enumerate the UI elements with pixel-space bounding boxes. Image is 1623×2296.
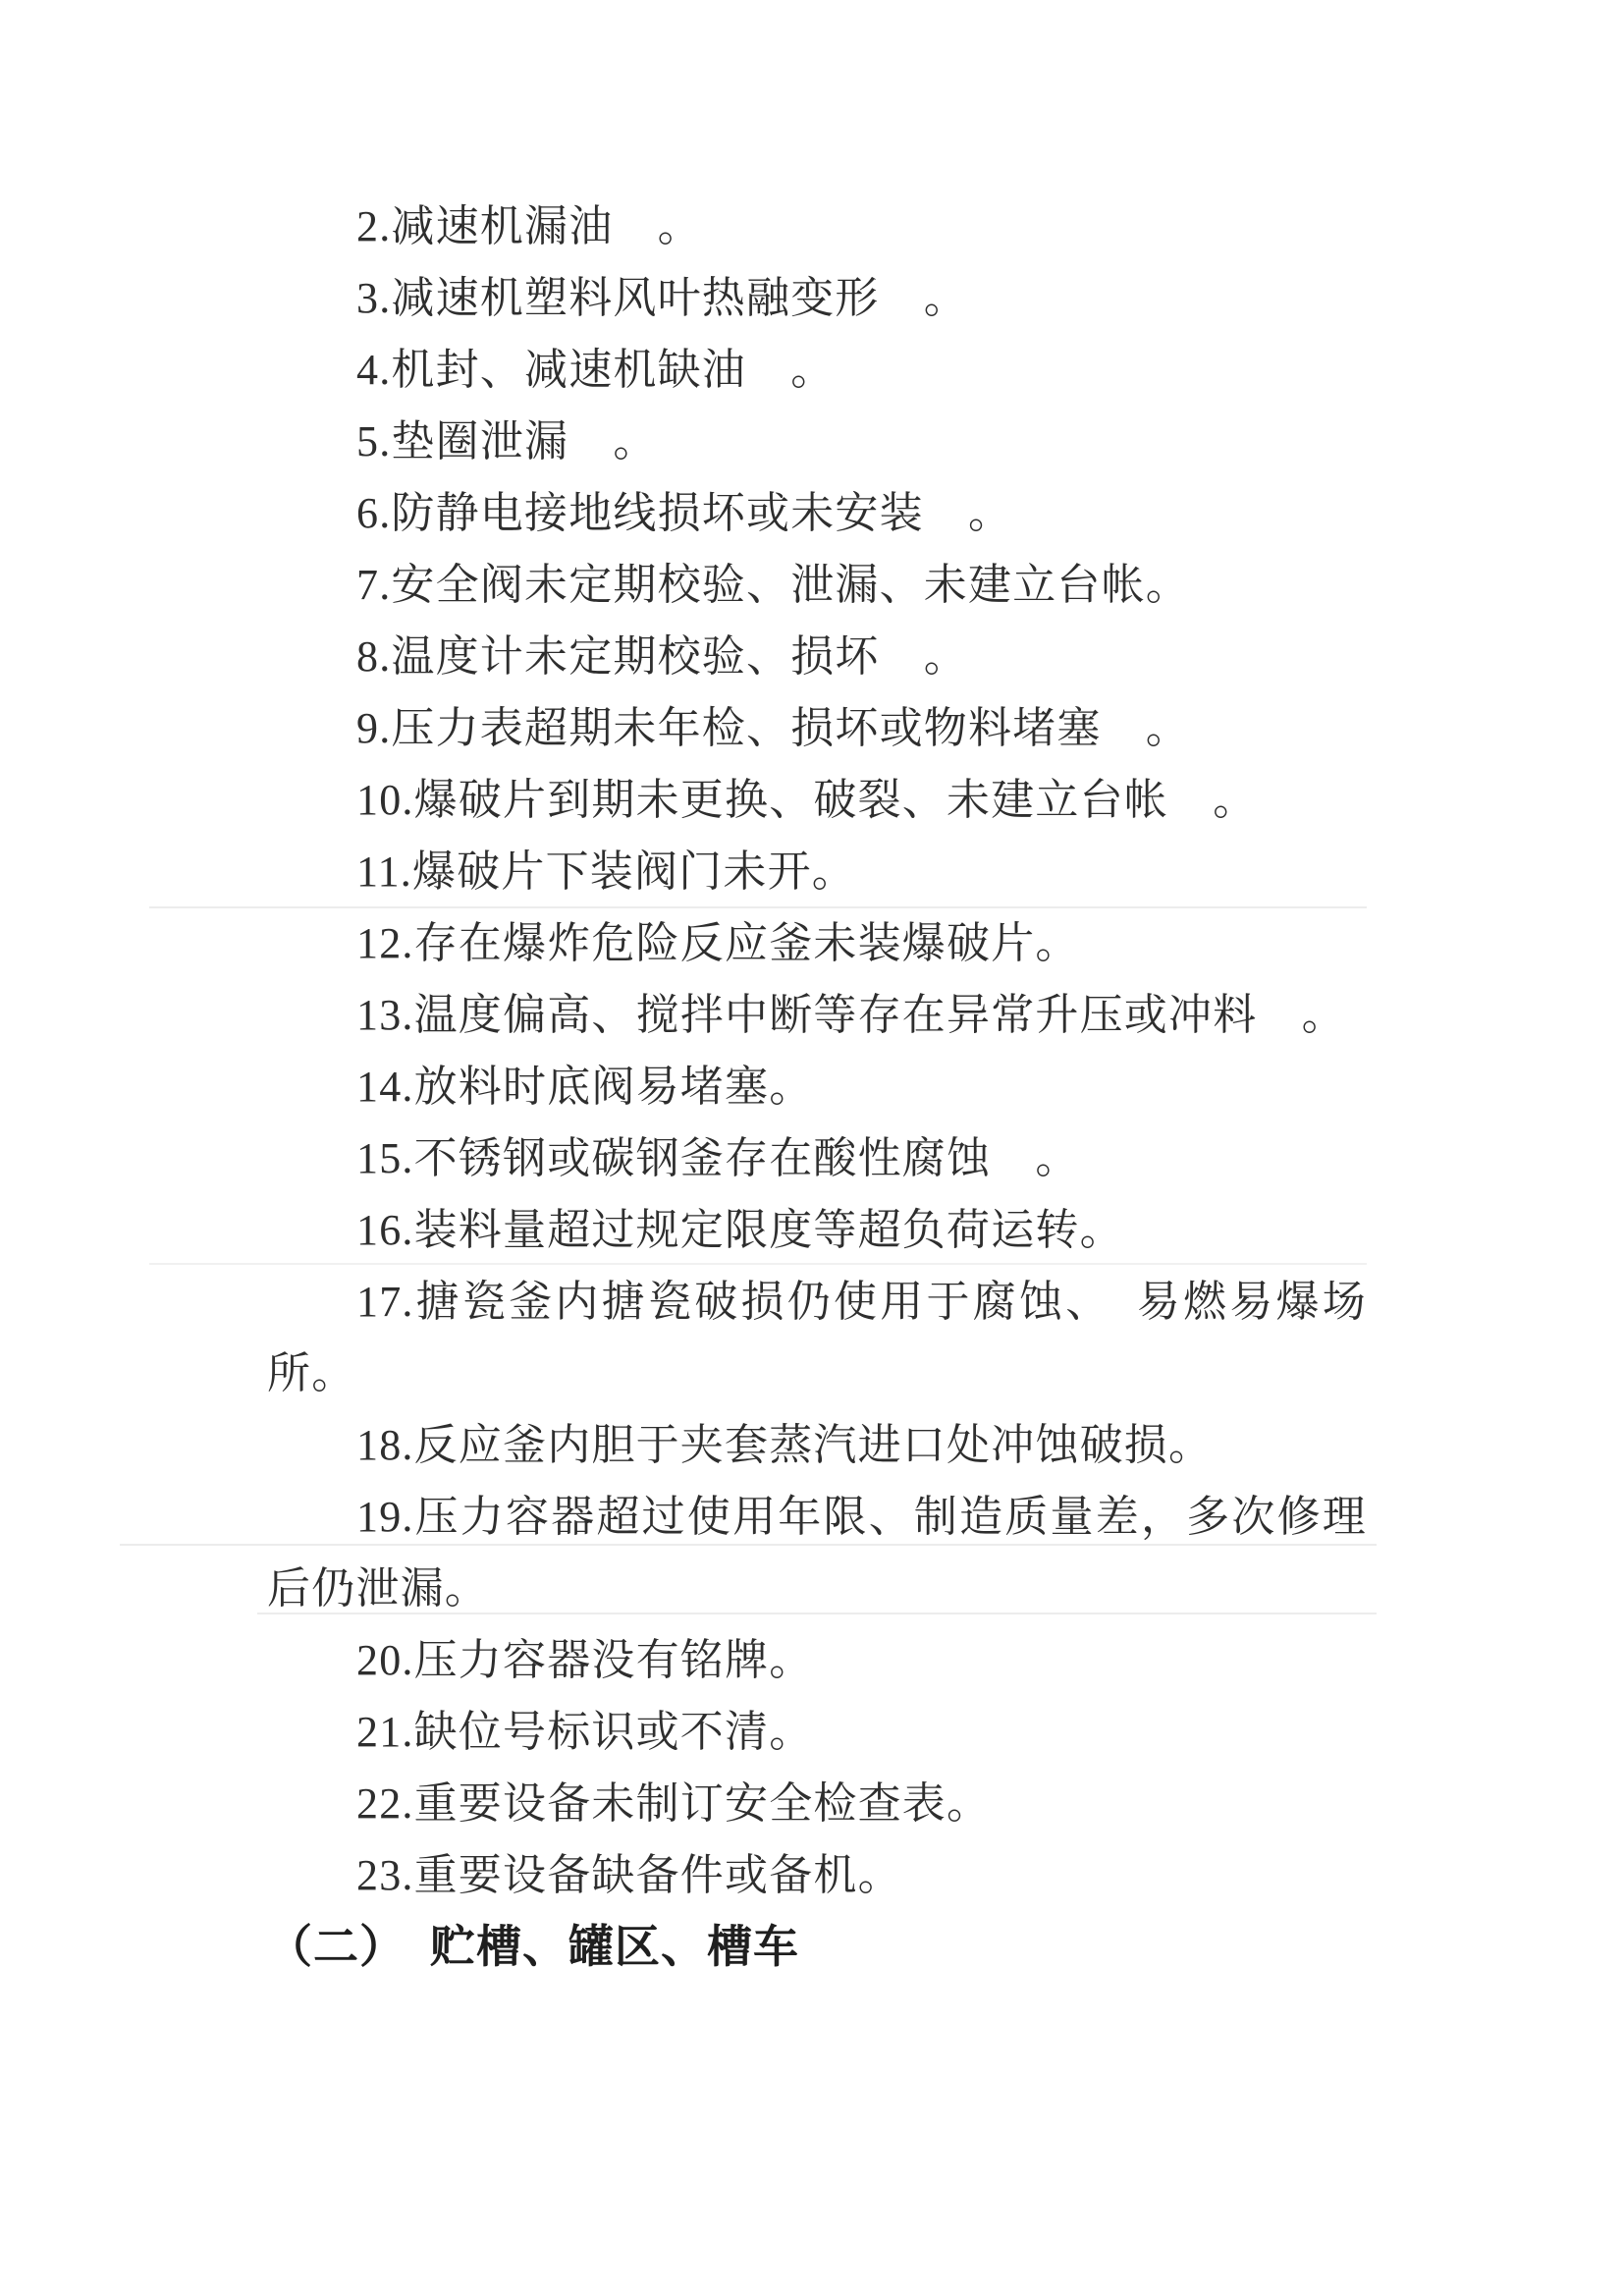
list-item: 20.压力容器没有铭牌。 bbox=[267, 1624, 1367, 1696]
list-item: 12.存在爆炸危险反应釜未装爆破片。 bbox=[267, 907, 1367, 979]
document-page: 2.减速机漏油 。 3.减速机塑料风叶热融变形 。 4.机封、减速机缺油 。 5… bbox=[0, 0, 1623, 2296]
list-item: 23.重要设备缺备件或备机。 bbox=[267, 1839, 1367, 1911]
list-item: 14.放料时底阀易堵塞。 bbox=[267, 1051, 1367, 1122]
list-item: 4.机封、减速机缺油 。 bbox=[267, 334, 1367, 406]
list-item: 16.装料量超过规定限度等超负荷运转。 bbox=[267, 1194, 1367, 1266]
list-item: 22.重要设备未制订安全检查表。 bbox=[267, 1768, 1367, 1839]
list-item: 15.不锈钢或碳钢釜存在酸性腐蚀 。 bbox=[267, 1122, 1367, 1194]
text-block: 2.减速机漏油 。 3.减速机塑料风叶热融变形 。 4.机封、减速机缺油 。 5… bbox=[267, 191, 1367, 1983]
list-item: 13.温度偏高、搅拌中断等存在异常升压或冲料 。 bbox=[267, 979, 1367, 1051]
list-item: 2.减速机漏油 。 bbox=[267, 191, 1367, 262]
list-item: 6.防静电接地线损坏或未安装 。 bbox=[267, 477, 1367, 549]
list-item: 8.温度计未定期校验、损坏 。 bbox=[267, 621, 1367, 692]
section-heading: （二） 贮槽、罐区、槽车 bbox=[267, 1911, 1367, 1983]
list-item: 9.压力表超期未年检、损坏或物料堵塞 。 bbox=[267, 692, 1367, 764]
list-item: 21.缺位号标识或不清。 bbox=[267, 1696, 1367, 1768]
list-item: 19.压力容器超过使用年限、制造质量差，多次修理后仍泄漏。 bbox=[267, 1481, 1367, 1624]
list-item: 17.搪瓷釜内搪瓷破损仍使用于腐蚀、 易燃易爆场所。 bbox=[267, 1266, 1367, 1409]
list-item: 11.爆破片下装阀门未开。 bbox=[267, 836, 1367, 907]
list-item: 3.减速机塑料风叶热融变形 。 bbox=[267, 262, 1367, 334]
list-item: 10.爆破片到期未更换、破裂、未建立台帐 。 bbox=[267, 764, 1367, 836]
list-item: 5.垫圈泄漏 。 bbox=[267, 406, 1367, 477]
list-item: 7.安全阀未定期校验、泄漏、未建立台帐。 bbox=[267, 549, 1367, 621]
list-item: 18.反应釜内胆于夹套蒸汽进口处冲蚀破损。 bbox=[267, 1409, 1367, 1481]
